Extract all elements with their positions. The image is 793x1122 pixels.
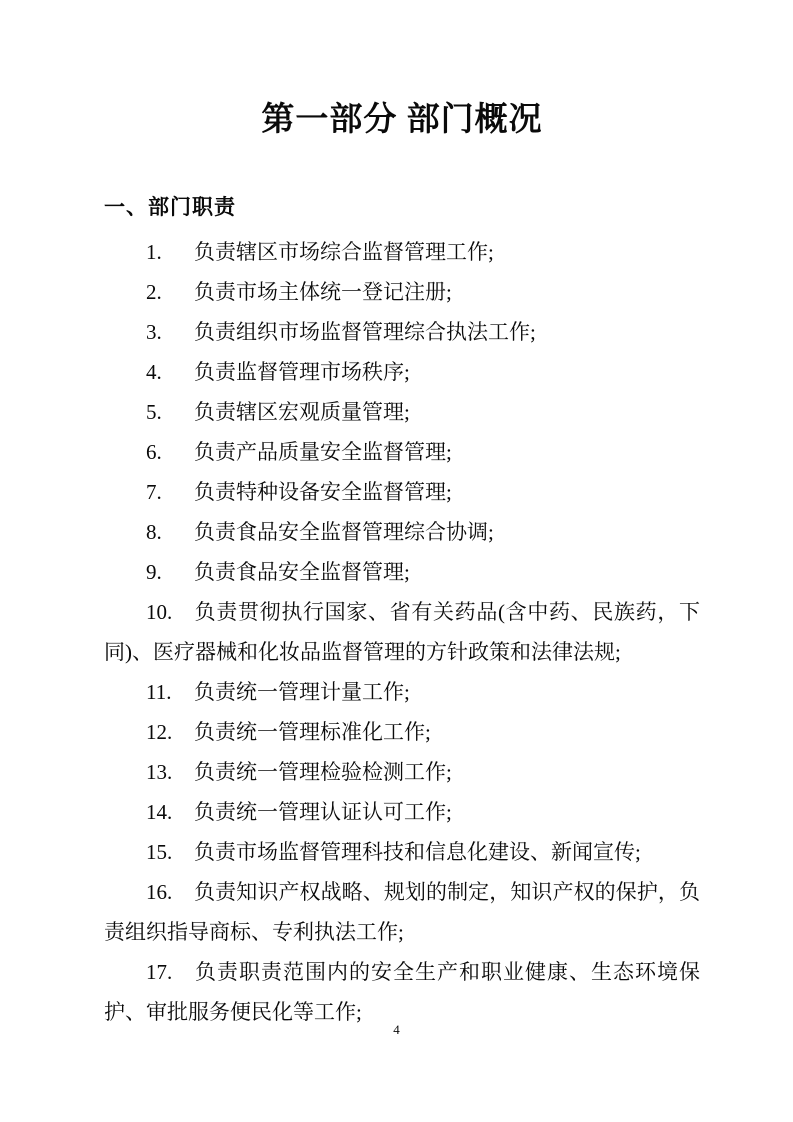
list-item: 1.负责辖区市场综合监督管理工作; bbox=[104, 232, 700, 272]
item-text: 负责辖区市场综合监督管理工作; bbox=[194, 240, 494, 264]
page-title: 第一部分 部门概况 bbox=[104, 95, 700, 145]
list-item: 15.负责市场监督管理科技和信息化建设、新闻宣传; bbox=[104, 832, 700, 872]
item-text: 负责组织市场监督管理综合执法工作; bbox=[194, 320, 536, 344]
item-text: 负责食品安全监督管理综合协调; bbox=[194, 520, 494, 544]
list-item: 14.负责统一管理认证认可工作; bbox=[104, 792, 700, 832]
page-number: 4 bbox=[0, 1022, 793, 1038]
list-item: 11.负责统一管理计量工作; bbox=[104, 672, 700, 712]
item-text: 负责市场监督管理科技和信息化建设、新闻宣传; bbox=[194, 840, 641, 864]
item-number: 3. bbox=[146, 312, 194, 352]
item-number: 7. bbox=[146, 472, 194, 512]
item-number: 1. bbox=[146, 232, 194, 272]
list-item: 13.负责统一管理检验检测工作; bbox=[104, 752, 700, 792]
item-number: 13. bbox=[146, 752, 194, 792]
item-number: 2. bbox=[146, 272, 194, 312]
list-item: 4.负责监督管理市场秩序; bbox=[104, 352, 700, 392]
item-number: 14. bbox=[146, 792, 194, 832]
item-number: 17. bbox=[146, 952, 194, 992]
item-number: 12. bbox=[146, 712, 194, 752]
list-item: 9.负责食品安全监督管理; bbox=[104, 552, 700, 592]
item-text: 负责市场主体统一登记注册; bbox=[194, 280, 452, 304]
list-item: 7.负责特种设备安全监督管理; bbox=[104, 472, 700, 512]
list-item: 6.负责产品质量安全监督管理; bbox=[104, 432, 700, 472]
list-item: 17.负责职责范围内的安全生产和职业健康、生态环境保护、审批服务便民化等工作; bbox=[104, 952, 700, 1032]
item-text: 负责知识产权战略、规划的制定，知识产权的保护，负责组织指导商标、专利执法工作; bbox=[104, 880, 700, 944]
item-text: 负责统一管理检验检测工作; bbox=[194, 760, 452, 784]
item-number: 16. bbox=[146, 872, 194, 912]
item-text: 负责特种设备安全监督管理; bbox=[194, 480, 452, 504]
list-item: 3.负责组织市场监督管理综合执法工作; bbox=[104, 312, 700, 352]
document-page: 第一部分 部门概况 一、部门职责 1.负责辖区市场综合监督管理工作; 2.负责市… bbox=[0, 0, 793, 1122]
list-item: 10.负责贯彻执行国家、省有关药品(含中药、民族药，下同)、医疗器械和化妆品监督… bbox=[104, 592, 700, 672]
item-text: 负责统一管理认证认可工作; bbox=[194, 800, 452, 824]
item-text: 负责监督管理市场秩序; bbox=[194, 360, 410, 384]
item-number: 6. bbox=[146, 432, 194, 472]
item-text: 负责贯彻执行国家、省有关药品(含中药、民族药，下同)、医疗器械和化妆品监督管理的… bbox=[104, 600, 700, 664]
item-text: 负责产品质量安全监督管理; bbox=[194, 440, 452, 464]
list-item: 12.负责统一管理标准化工作; bbox=[104, 712, 700, 752]
item-number: 4. bbox=[146, 352, 194, 392]
item-number: 11. bbox=[146, 672, 194, 712]
list-item: 5.负责辖区宏观质量管理; bbox=[104, 392, 700, 432]
item-text: 负责职责范围内的安全生产和职业健康、生态环境保护、审批服务便民化等工作; bbox=[104, 960, 700, 1024]
item-number: 5. bbox=[146, 392, 194, 432]
list-item: 2.负责市场主体统一登记注册; bbox=[104, 272, 700, 312]
item-text: 负责统一管理标准化工作; bbox=[194, 720, 431, 744]
list-item: 16.负责知识产权战略、规划的制定，知识产权的保护，负责组织指导商标、专利执法工… bbox=[104, 872, 700, 952]
item-number: 15. bbox=[146, 832, 194, 872]
section-heading: 一、部门职责 bbox=[104, 188, 700, 228]
item-number: 10. bbox=[146, 592, 194, 632]
item-text: 负责食品安全监督管理; bbox=[194, 560, 410, 584]
item-number: 8. bbox=[146, 512, 194, 552]
item-number: 9. bbox=[146, 552, 194, 592]
item-text: 负责辖区宏观质量管理; bbox=[194, 400, 410, 424]
item-text: 负责统一管理计量工作; bbox=[194, 680, 410, 704]
list-item: 8.负责食品安全监督管理综合协调; bbox=[104, 512, 700, 552]
